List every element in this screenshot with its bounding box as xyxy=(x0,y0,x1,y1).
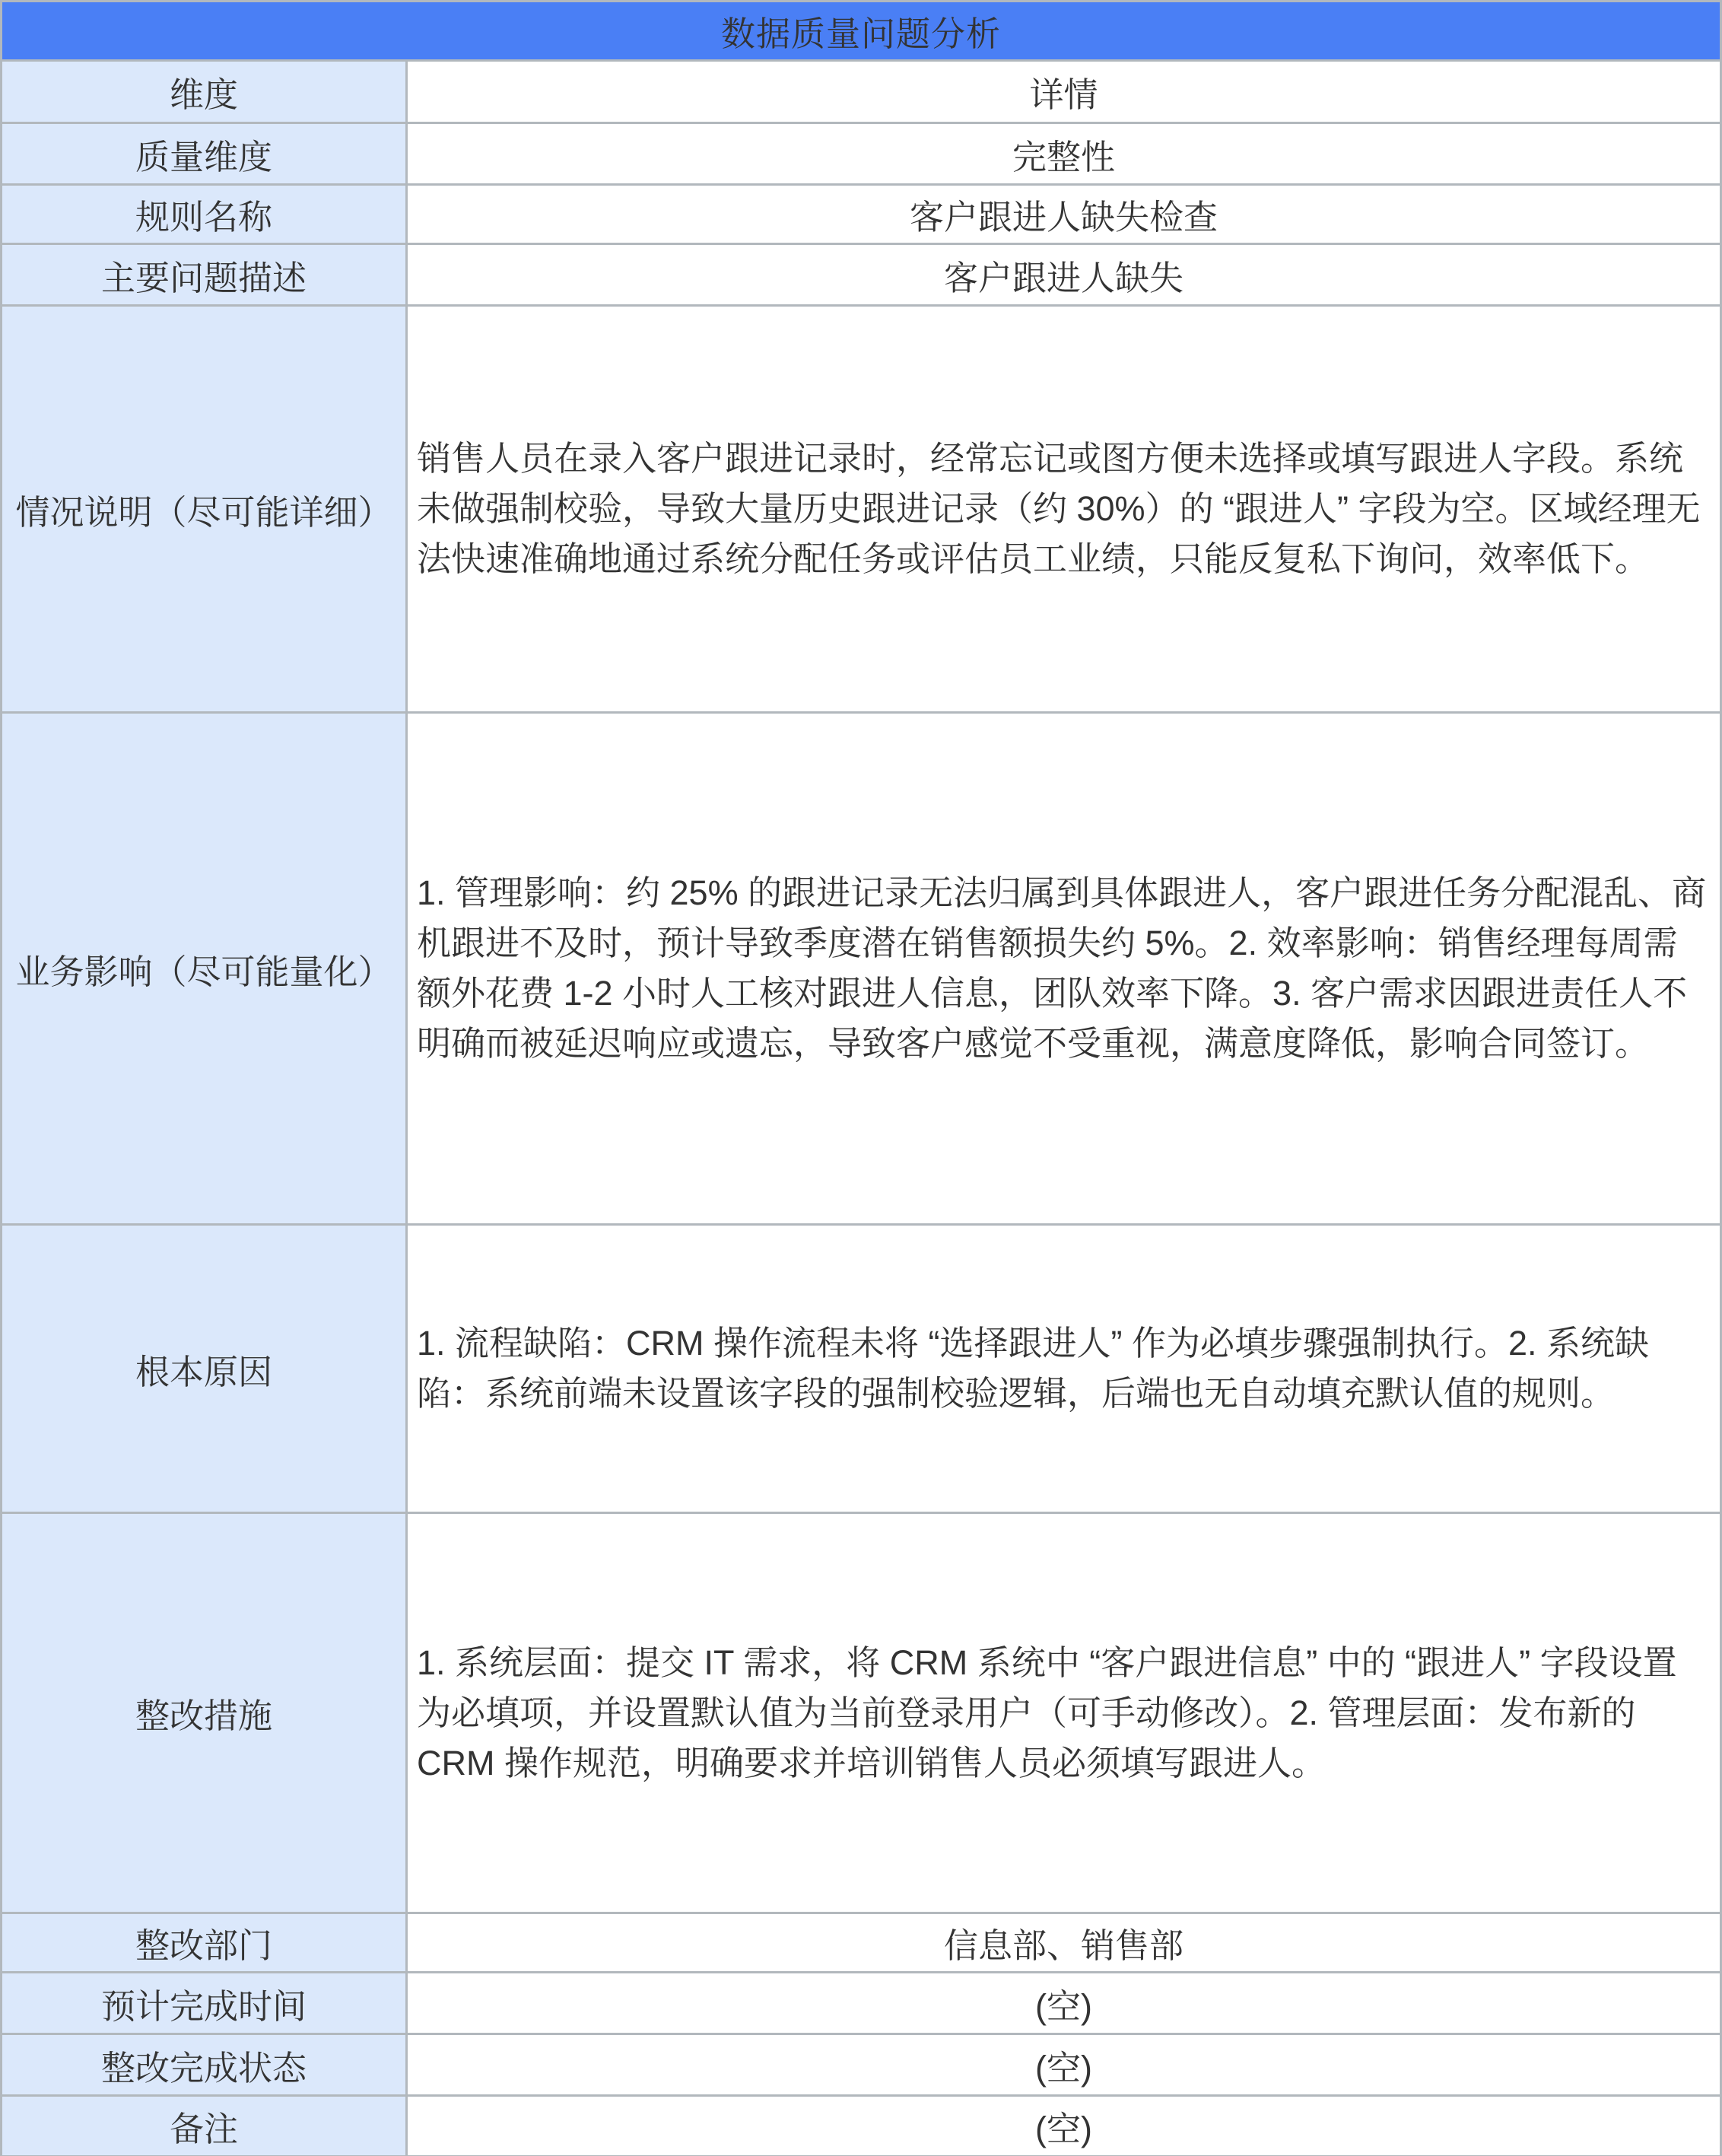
row-label-cell: 业务影响（尽可能量化） xyxy=(2,713,407,1225)
table-row: 预计完成时间 (空) xyxy=(2,1973,1721,2034)
table-row: 维度 详情 xyxy=(2,61,1721,123)
row-value-cell: 客户跟进人缺失 xyxy=(407,244,1721,306)
page-title: 数据质量问题分析 xyxy=(2,2,1721,61)
table-row: 整改部门 信息部、销售部 xyxy=(2,1913,1721,1973)
row-label-cell: 规则名称 xyxy=(2,185,407,244)
row-label-cell: 整改完成状态 xyxy=(2,2034,407,2096)
row-value-cell: 1. 流程缺陷：CRM 操作流程未将 “选择跟进人” 作为必填步骤强制执行。2.… xyxy=(407,1225,1721,1513)
table-header-row: 数据质量问题分析 xyxy=(2,2,1721,61)
row-value-cell: (空) xyxy=(407,2034,1721,2096)
row-label-cell: 整改部门 xyxy=(2,1913,407,1973)
row-label-cell: 备注 xyxy=(2,2096,407,2156)
row-label-cell: 质量维度 xyxy=(2,123,407,185)
table-row: 质量维度 完整性 xyxy=(2,123,1721,185)
data-quality-report-page: 数据质量问题分析 维度 详情 质量维度 完整性 规则名称 客户跟进人缺失检查 主… xyxy=(0,0,1722,2156)
row-label-cell: 情况说明（尽可能详细） xyxy=(2,306,407,713)
table-row: 根本原因 1. 流程缺陷：CRM 操作流程未将 “选择跟进人” 作为必填步骤强制… xyxy=(2,1225,1721,1513)
table-row: 业务影响（尽可能量化） 1. 管理影响：约 25% 的跟进记录无法归属到具体跟进… xyxy=(2,713,1721,1225)
row-value-cell: (空) xyxy=(407,1973,1721,2034)
table-row: 规则名称 客户跟进人缺失检查 xyxy=(2,185,1721,244)
row-value-cell: 完整性 xyxy=(407,123,1721,185)
table-row: 情况说明（尽可能详细） 销售人员在录入客户跟进记录时，经常忘记或图方便未选择或填… xyxy=(2,306,1721,713)
table-row: 整改措施 1. 系统层面：提交 IT 需求，将 CRM 系统中 “客户跟进信息”… xyxy=(2,1513,1721,1913)
row-value-cell: 1. 管理影响：约 25% 的跟进记录无法归属到具体跟进人，客户跟进任务分配混乱… xyxy=(407,713,1721,1225)
row-value-cell: 客户跟进人缺失检查 xyxy=(407,185,1721,244)
row-value-cell: 1. 系统层面：提交 IT 需求，将 CRM 系统中 “客户跟进信息” 中的 “… xyxy=(407,1513,1721,1913)
row-label-cell: 维度 xyxy=(2,61,407,123)
row-value-cell: 销售人员在录入客户跟进记录时，经常忘记或图方便未选择或填写跟进人字段。系统未做强… xyxy=(407,306,1721,713)
row-value-cell: (空) xyxy=(407,2096,1721,2156)
row-label-cell: 预计完成时间 xyxy=(2,1973,407,2034)
row-label-cell: 整改措施 xyxy=(2,1513,407,1913)
table-row: 整改完成状态 (空) xyxy=(2,2034,1721,2096)
table-row: 主要问题描述 客户跟进人缺失 xyxy=(2,244,1721,306)
row-label-cell: 根本原因 xyxy=(2,1225,407,1513)
row-value-cell: 详情 xyxy=(407,61,1721,123)
data-quality-table: 数据质量问题分析 维度 详情 质量维度 完整性 规则名称 客户跟进人缺失检查 主… xyxy=(0,0,1722,2156)
row-value-cell: 信息部、销售部 xyxy=(407,1913,1721,1973)
row-label-cell: 主要问题描述 xyxy=(2,244,407,306)
table-row: 备注 (空) xyxy=(2,2096,1721,2156)
